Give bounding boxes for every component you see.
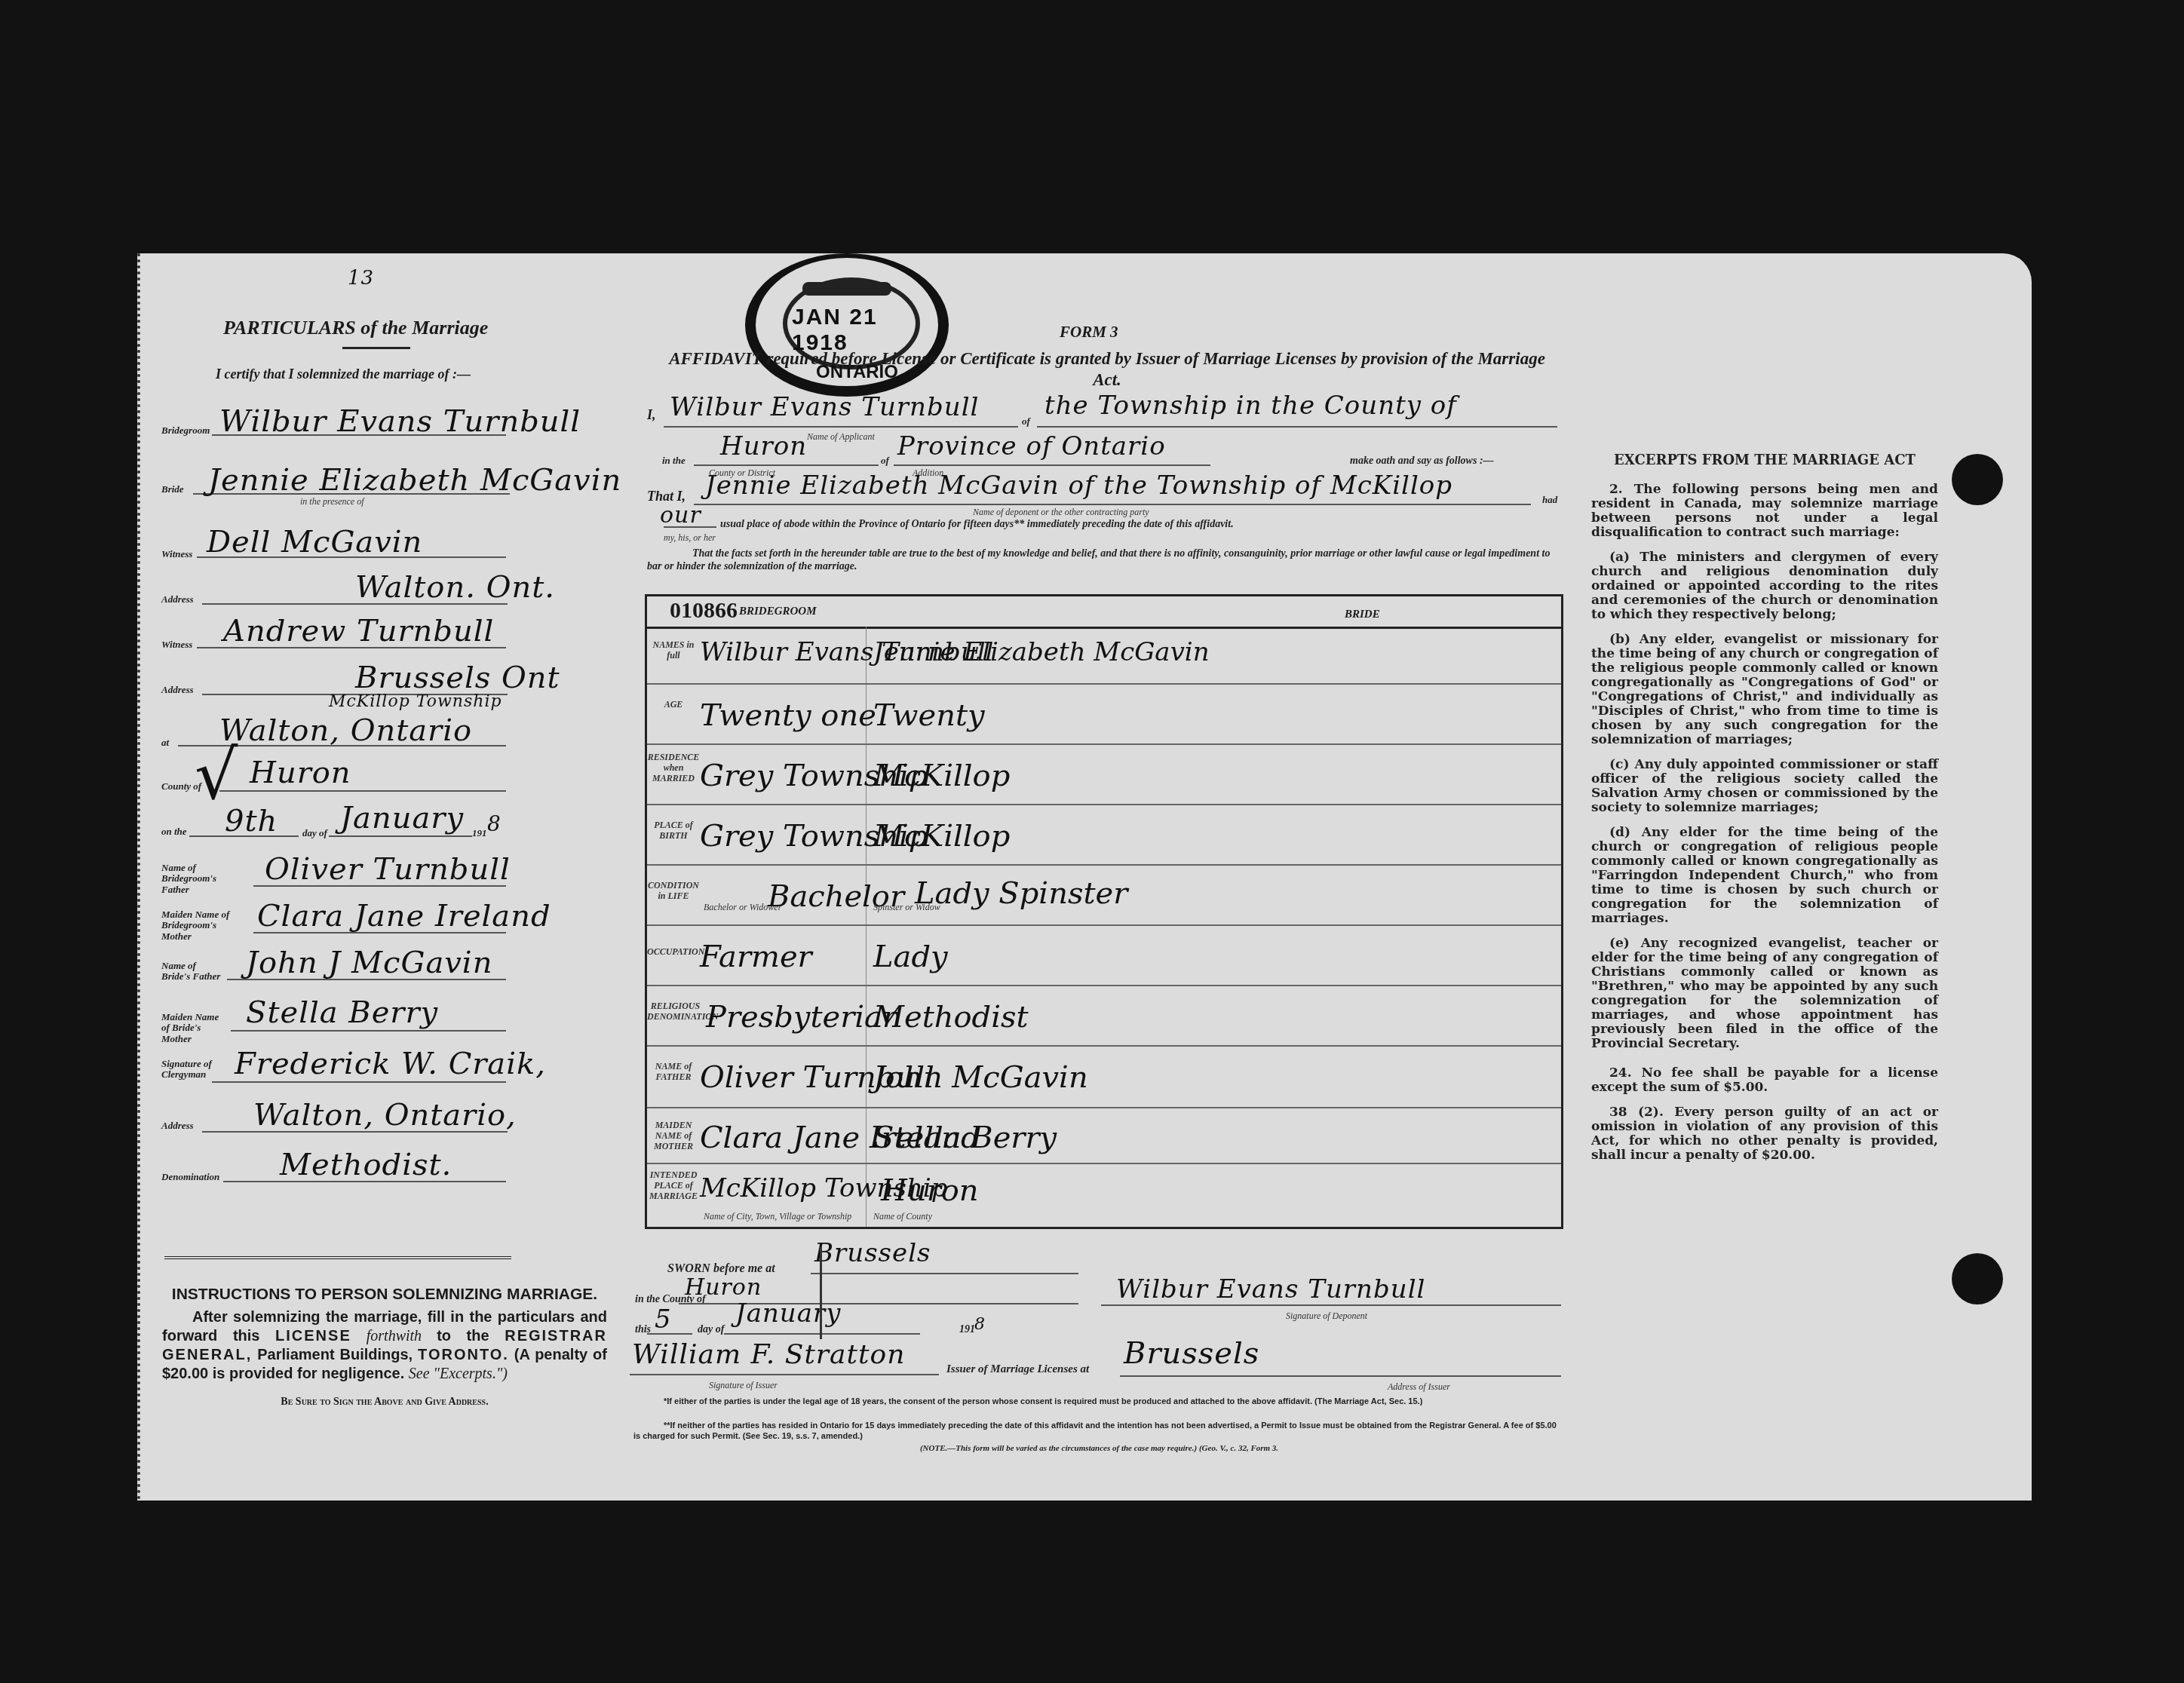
- table-row: RESIDENCE when MARRIED Grey Township McK…: [647, 745, 1561, 805]
- groom-mother-label: Maiden Name of Bridegroom's Mother: [161, 909, 233, 942]
- issuer-address-caption: Address of Issuer: [1388, 1381, 1450, 1393]
- place-value: Walton, Ontario: [219, 713, 472, 748]
- bridegroom-name: Wilbur Evans Turnbull: [219, 404, 581, 439]
- deponent-signature-caption: Signature of Deponent: [1286, 1311, 1367, 1322]
- facts-statement: That the facts set forth in the hereunde…: [647, 547, 1563, 573]
- name-of-applicant-caption: Name of Applicant: [807, 431, 875, 443]
- issuer-signature-caption: Signature of Issuer: [709, 1380, 778, 1391]
- witness-2-address-label: Address: [161, 685, 194, 695]
- deponent-signature: Wilbur Evans Turnbull: [1116, 1274, 1425, 1304]
- table-row: MAIDEN NAME of MOTHER Clara Jane Ireland…: [647, 1108, 1561, 1164]
- certify-statement: I certify that I solemnized the marriage…: [216, 366, 471, 382]
- instructions-title: INSTRUCTIONS TO PERSON SOLEMNIZING MARRI…: [162, 1286, 607, 1304]
- sworn-label: SWORN before me at: [667, 1262, 775, 1276]
- issuer-signature: William F. Stratton: [632, 1339, 905, 1370]
- applicant-name: Wilbur Evans Turnbull: [670, 392, 979, 422]
- witness-1-label: Witness: [161, 549, 192, 559]
- marriage-day: 9th: [225, 804, 278, 838]
- stamp-bar: [802, 282, 891, 296]
- witness-1-address-label: Address: [161, 594, 194, 605]
- table-row: NAMES in full Wilbur Evans Turnbull Jenn…: [647, 627, 1561, 685]
- particulars-table: 010866 BRIDEGROOM BRIDE NAMES in full Wi…: [645, 594, 1563, 1229]
- issuer-address: Brussels: [1124, 1336, 1259, 1371]
- header-bridegroom: BRIDEGROOM: [739, 605, 817, 618]
- header-bride: BRIDE: [1345, 609, 1380, 621]
- excerpt-paragraph: 38 (2). Every person guilty of an act or…: [1591, 1105, 1938, 1163]
- bridegroom-label: Bridegroom: [161, 425, 210, 436]
- applicant-of: the Township in the County of: [1044, 391, 1457, 421]
- day-of-label-2: day of: [698, 1324, 724, 1335]
- applicant-province: Province of Ontario: [897, 431, 1166, 461]
- applicant-prefix: I,: [647, 407, 656, 423]
- table-row: PLACE of BIRTH Grey Township McKillop: [647, 805, 1561, 866]
- excerpt-paragraph: (a) The ministers and clergymen of every…: [1591, 550, 1938, 622]
- issuer-at-label: Issuer of Marriage Licenses at: [946, 1363, 1089, 1376]
- table-row: OCCUPATION Farmer Lady: [647, 926, 1561, 986]
- table-row: AGE Twenty one Twenty: [647, 685, 1561, 745]
- title-rule: [342, 347, 410, 349]
- witness-1-address: Walton. Ont.: [355, 570, 555, 605]
- sworn-month: January: [735, 1298, 841, 1329]
- instructions-body: After solemnizing the marriage, fill in …: [162, 1308, 607, 1384]
- year-prefix: 191: [472, 828, 487, 838]
- table-row: RELIGIOUS DENOMINATION Presbyterian Meth…: [647, 986, 1561, 1047]
- bride-label: Bride: [161, 484, 184, 495]
- bride-father-name: John J McGavin: [246, 946, 492, 980]
- binder-hole-top: [1952, 454, 2003, 505]
- applicant-county: Huron: [720, 431, 807, 461]
- sworn-divider: [821, 1247, 822, 1339]
- clergyman-address-label: Address: [161, 1120, 194, 1131]
- excerpts-panel: EXCERPTS FROM THE MARRIAGE ACT 2. The fo…: [1591, 452, 1938, 1173]
- marriage-month: January: [340, 801, 464, 835]
- binder-hole-bottom: [1952, 1253, 2003, 1304]
- excerpt-paragraph: (b) Any elder, evangelist or missionary …: [1591, 633, 1938, 747]
- footnote-residence: **If neither of the parties has resided …: [633, 1421, 1565, 1442]
- witness-1-name: Dell McGavin: [207, 525, 422, 559]
- particulars-title: PARTICULARS of the Marriage: [223, 317, 488, 339]
- groom-mother-name: Clara Jane Ireland: [257, 899, 551, 933]
- of-label-2: of: [881, 455, 889, 466]
- table-row: CONDITION in LIFE Bachelor or Widower Ba…: [647, 866, 1561, 926]
- footnote-age: *If either of the parties is under the l…: [633, 1396, 1565, 1407]
- table-header: 010866 BRIDEGROOM BRIDE: [647, 596, 1561, 629]
- witness-2-name: Andrew Turnbull: [223, 614, 494, 648]
- excerpt-paragraph: 24. No fee shall be payable for a licens…: [1591, 1066, 1938, 1095]
- in-presence-of-label: in the presence of: [300, 496, 364, 507]
- of-label: of: [1022, 416, 1030, 427]
- sworn-year-prefix: 191: [959, 1324, 975, 1335]
- bride-mother-label: Maiden Name of Bride's Mother: [161, 1012, 229, 1044]
- witness-2-address-extra: McKillop Township: [329, 692, 502, 711]
- page-marker: 13: [348, 267, 374, 290]
- form-number: FORM 3: [1060, 323, 1118, 342]
- excerpt-paragraph: 2. The following persons being men and r…: [1591, 483, 1938, 540]
- in-the-label: in the: [662, 455, 686, 466]
- table-row: NAME of FATHER Oliver Turnbull John McGa…: [647, 1047, 1561, 1108]
- instructions-footer: Be Sure to Sign the Above and Give Addre…: [162, 1393, 607, 1412]
- serial-number: 010866: [670, 598, 738, 624]
- sworn-year-suffix: 8: [974, 1315, 986, 1334]
- bride-name: Jennie Elizabeth McGavin: [208, 463, 621, 498]
- deponent-caption: Name of deponent or the other contractin…: [973, 507, 1149, 518]
- denomination-label: Denomination: [161, 1172, 219, 1182]
- instructions-block: INSTRUCTIONS TO PERSON SOLEMNIZING MARRI…: [162, 1286, 607, 1412]
- clergyman-signature-label: Signature of Clergyman: [161, 1059, 214, 1081]
- place-label: at: [161, 737, 169, 748]
- table-row: INTENDED PLACE of MARRIAGE McKillop Town…: [647, 1164, 1561, 1227]
- clergyman-address: Walton, Ontario,: [253, 1098, 517, 1133]
- pronoun-caption: my, his, or her: [664, 532, 716, 544]
- bride-father-label: Name of Bride's Father: [161, 961, 222, 983]
- clergyman-signature: Frederick W. Craik,: [235, 1047, 546, 1081]
- day-of-label: day of: [302, 828, 327, 838]
- excerpts-title: EXCERPTS FROM THE MARRIAGE ACT: [1591, 452, 1938, 469]
- sworn-day: 5: [655, 1304, 672, 1335]
- excerpt-paragraph: (d) Any elder for the time being of the …: [1591, 826, 1938, 926]
- witness-2-label: Witness: [161, 639, 192, 650]
- groom-father-label: Name of Bridegroom's Father: [161, 863, 214, 895]
- sworn-county: Huron: [685, 1274, 762, 1301]
- footnote-note: (NOTE.—This form will be varied as the c…: [633, 1443, 1565, 1454]
- excerpt-paragraph: (e) Any recognized evangelist, teacher o…: [1591, 937, 1938, 1051]
- denomination-value: Methodist.: [280, 1148, 452, 1182]
- had-label: had: [1542, 495, 1557, 505]
- excerpt-paragraph: (c) Any duly appointed commissioner or s…: [1591, 758, 1938, 815]
- pronoun-value: our: [660, 502, 701, 529]
- year-suffix: 8: [487, 811, 502, 836]
- residence-clause: usual place of abode within the Province…: [720, 519, 1234, 530]
- sworn-place: Brussels: [814, 1238, 931, 1268]
- county-value: Huron: [250, 756, 351, 790]
- section-divider: [164, 1256, 511, 1259]
- date-on-the-label: on the: [161, 826, 187, 837]
- groom-father-name: Oliver Turnbull: [265, 852, 511, 887]
- affidavit-heading: AFFIDAVIT required before License or Cer…: [662, 348, 1552, 391]
- oath-text: make oath and say as follows :—: [1350, 455, 1494, 467]
- deponent-name: Jennie Elizabeth McGavin of the Township…: [705, 471, 1452, 501]
- witness-2-address: Brussels Ont: [355, 661, 560, 695]
- bride-mother-name: Stella Berry: [246, 995, 438, 1030]
